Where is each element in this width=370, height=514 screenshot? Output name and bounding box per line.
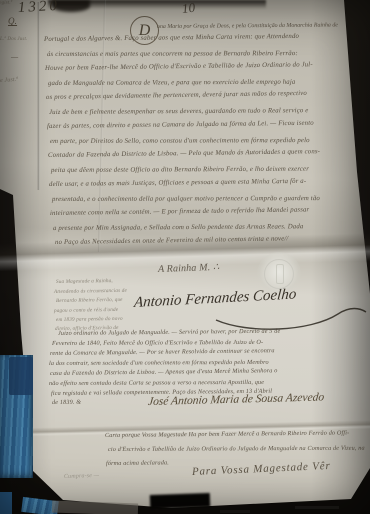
- stub-annotation: L.º Dos Just.: [0, 37, 27, 42]
- body-line: peita que dêem posse deste Officio ao di…: [51, 166, 309, 174]
- page-number: 10: [181, 0, 196, 17]
- royal-subscription: A Rainha M. ∴: [158, 262, 220, 275]
- stub-annotation: e Just.ª: [0, 77, 18, 84]
- body-line: delle usar, e a todas as mais Justiças, …: [49, 178, 306, 188]
- margin-note-line: Attendendo ás circumstancias de: [54, 288, 127, 295]
- body-line: Contador da Fazenda do Districto de Lisb…: [48, 148, 320, 159]
- photo-background: 1320 10 Regist.ª Q. L.º Dos Just. — e Ju…: [0, 0, 370, 514]
- under-paper-fragment: [52, 501, 138, 514]
- stub-annotation: Regist.ª: [0, 0, 12, 6]
- body-line: em parte, por Direitos do Sello, como co…: [50, 137, 310, 145]
- stub-annotation: Q.: [8, 16, 17, 26]
- body-line: a presente por Mim Assignada, e Sellada …: [53, 223, 303, 232]
- body-line: os pros e precalços que devidamente lhe …: [46, 90, 307, 101]
- docket-line: Carta porque Vossa Magestade Ha por bem …: [105, 429, 349, 439]
- apostille-line: Fevereiro de 1840, Feito Mercê do Offici…: [52, 339, 263, 347]
- margin-note-line: pagou o conto de réis d'onde: [54, 307, 118, 314]
- pencil-note: Cumpra-se —: [64, 473, 99, 480]
- seal-ribbon-navy-patch: [9, 357, 33, 395]
- apostille-line: rente da Comarca de Mangualde. — Por se …: [50, 347, 275, 357]
- margin-note-line: Sua Magestade a Rainha,: [56, 278, 113, 285]
- apostille-tail: de 1839. &: [52, 399, 81, 406]
- body-line: ás circumstancias e mais partes que conc…: [47, 50, 298, 58]
- apostille-line: casa da Fazenda do Districto de Lisboa. …: [50, 367, 278, 377]
- body-line: Portugal e dos Algarves &. Faço saber ao…: [44, 33, 299, 43]
- body-line: Juiz de bem e fielmente desempenhar os s…: [49, 107, 308, 116]
- body-line: presentada, e o conhecimento della por q…: [52, 195, 320, 203]
- body-line: Houve por bem Fazer-lhe Mercê do Officio…: [45, 61, 313, 72]
- bottom-edge-shadow: [150, 493, 210, 509]
- background-texture-mark: [220, 510, 250, 513]
- apostille-line: não effeito sem contado desta Carta se p…: [49, 379, 264, 387]
- background-texture-mark: [295, 506, 339, 509]
- manuscript-text-layer: 1320 10 Regist.ª Q. L.º Dos Just. — e Ju…: [0, 0, 370, 514]
- body-line: ona Maria por Graça de Deos, e pela Cons…: [157, 22, 338, 30]
- body-line: inteiramente como nella se contém. — E p…: [50, 206, 309, 217]
- registry-number: 1320: [18, 0, 61, 17]
- body-line: fazer ás partes, com direito e posses na…: [47, 120, 314, 130]
- margin-note-line: em 1839 para pensão do novo: [56, 316, 123, 323]
- margin-note-line: Bernardo Ribeiro Ferrão, que: [56, 297, 123, 304]
- ribbon-fragment: [0, 492, 12, 514]
- apostille-line: la dos contrair, sem sociedade d'um conh…: [49, 359, 269, 367]
- docket-line: fórma acima declarada.: [106, 459, 169, 467]
- body-line: no Paço das Necessidades em onze de Feve…: [55, 235, 289, 246]
- apostille-line: Juizo ordinario do Julgado de Mangualde.…: [58, 328, 280, 337]
- stub-annotation: —: [11, 52, 18, 61]
- body-line: gado de Mangualde na Comarca de Vizeu, e…: [48, 79, 295, 87]
- docket-line: cio d'Escrivão e Tabellião de Juizo Ordi…: [108, 445, 365, 453]
- closing-line: Para Vossa Magestade Vêr: [192, 460, 331, 478]
